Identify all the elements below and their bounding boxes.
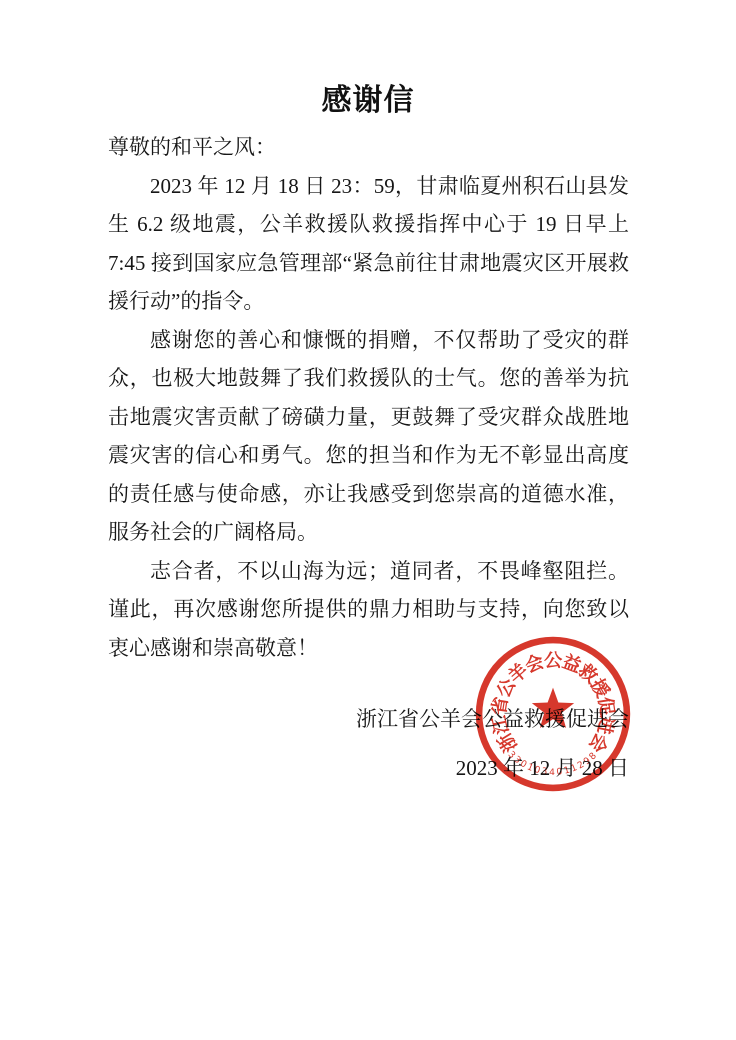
paragraph-3: 志合者，不以山海为远；道同者，不畏峰壑阻拦。谨此，再次感谢您所提供的鼎力相助与支… [108,552,629,668]
letter-body: 尊敬的和平之风： 2023 年 12 月 18 日 23：59，甘肃临夏州积石山… [108,128,629,667]
letter-title: 感谢信 [0,82,736,120]
signature-date: 2023 年 12 月 28 日 [108,747,629,789]
salutation: 尊敬的和平之风： [108,128,629,167]
paragraph-1: 2023 年 12 月 18 日 23：59，甘肃临夏州积石山县发生 6.2 级… [108,167,629,321]
signature-organization: 浙江省公羊会公益救援促进会 [108,698,629,740]
signature-block: 浙江省公羊会公益救援促进会 2023 年 12 月 28 日 [108,698,629,789]
paragraph-2: 感谢您的善心和慷慨的捐赠，不仅帮助了受灾的群众，也极大地鼓舞了我们救援队的士气。… [108,321,629,552]
letter-page: 感谢信 尊敬的和平之风： 2023 年 12 月 18 日 23：59，甘肃临夏… [0,0,736,1040]
